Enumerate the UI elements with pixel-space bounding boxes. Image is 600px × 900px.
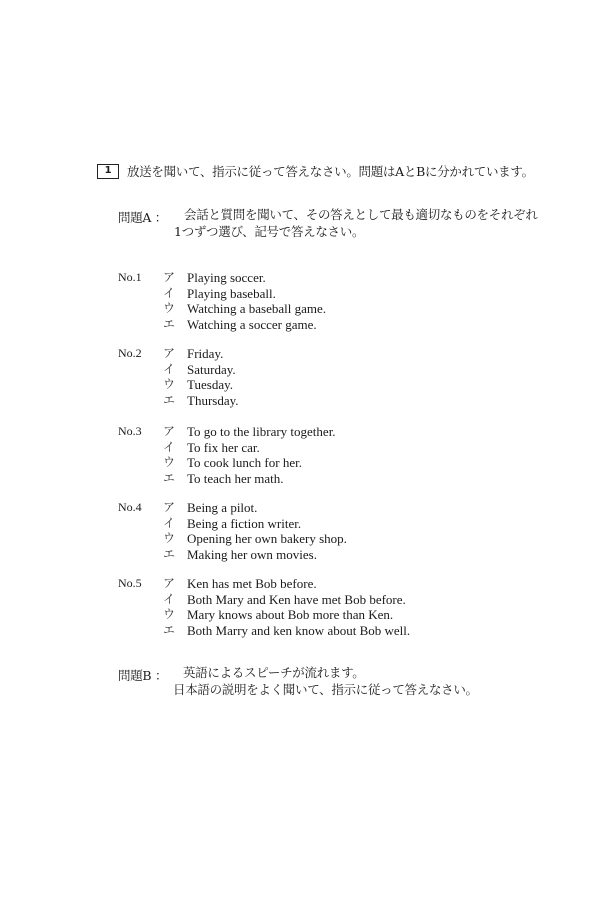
choice-mark: イ [163,516,187,531]
choice-text: Opening her own bakery shop. [187,531,347,546]
choice-mark: エ [163,623,187,638]
choice-text: Both Marry and ken know about Bob well. [187,623,410,638]
question-number: No.1 [118,270,142,285]
choice-text: To fix her car. [187,440,260,455]
part-a-instruction-line1: 会話と質問を聞いて、その答えとして最も適切なものをそれぞれ [184,206,538,223]
choice-text: Watching a soccer game. [187,317,317,332]
choice-e: エ Thursday. [163,393,239,408]
choice-text: To cook lunch for her. [187,455,302,470]
choice-i: イ Being a fiction writer. [163,516,301,531]
choice-mark: エ [163,317,187,332]
choice-u: ウ Opening her own bakery shop. [163,531,347,546]
choice-mark: イ [163,286,187,301]
choice-mark: ウ [163,531,187,546]
question-number: No.4 [118,500,142,515]
choice-e: エ Making her own movies. [163,547,317,562]
choice-mark: ウ [163,607,187,622]
choice-text: Tuesday. [187,377,233,392]
choice-text: Playing baseball. [187,286,276,301]
section-number-box: 1 [97,164,119,179]
choice-a: ア Playing soccer. [163,270,266,285]
choice-text: Saturday. [187,362,236,377]
choice-u: ウ Watching a baseball game. [163,301,326,316]
choice-i: イ Saturday. [163,362,236,377]
choice-mark: エ [163,547,187,562]
choice-text: Playing soccer. [187,270,266,285]
part-a-instruction-line2: 1つずつ選び、記号で答えなさい。 [174,223,364,240]
choice-text: Both Mary and Ken have met Bob before. [187,592,406,607]
choice-a: ア Friday. [163,346,223,361]
choice-e: エ Watching a soccer game. [163,317,317,332]
exam-page: 1 放送を聞いて、指示に従って答えなさい。問題はAとBに分かれています。 問題A… [0,0,600,900]
choice-mark: ア [163,270,187,285]
question-number: No.3 [118,424,142,439]
choice-text: To go to the library together. [187,424,336,439]
choice-u: ウ To cook lunch for her. [163,455,302,470]
question-number: No.2 [118,346,142,361]
choice-mark: イ [163,592,187,607]
choice-text: Ken has met Bob before. [187,576,317,591]
choice-mark: ア [163,500,187,515]
choice-mark: ア [163,576,187,591]
question-number: No.5 [118,576,142,591]
choice-mark: エ [163,471,187,486]
choice-mark: ウ [163,377,187,392]
choice-u: ウ Mary knows about Bob more than Ken. [163,607,393,622]
choice-e: エ Both Marry and ken know about Bob well… [163,623,410,638]
choice-i: イ Playing baseball. [163,286,276,301]
choice-text: Being a fiction writer. [187,516,301,531]
choice-mark: ウ [163,455,187,470]
choice-mark: ア [163,424,187,439]
part-b-instruction-line1: 英語によるスピーチが流れます。 [183,664,365,681]
part-b-instruction-line2: 日本語の説明をよく聞いて、指示に従って答えなさい。 [173,681,478,698]
section-instruction: 放送を聞いて、指示に従って答えなさい。問題はAとBに分かれています。 [127,162,534,180]
part-a-label: 問題A ： [118,208,167,226]
choice-text: Being a pilot. [187,500,257,515]
choice-a: ア Being a pilot. [163,500,257,515]
choice-i: イ Both Mary and Ken have met Bob before. [163,592,406,607]
choice-mark: イ [163,362,187,377]
choice-text: Friday. [187,346,223,361]
part-b-label: 問題B ： [118,666,167,684]
choice-u: ウ Tuesday. [163,377,233,392]
choice-text: Watching a baseball game. [187,301,326,316]
choice-text: Mary knows about Bob more than Ken. [187,607,393,622]
choice-text: Making her own movies. [187,547,317,562]
section-heading: 1 放送を聞いて、指示に従って答えなさい。問題はAとBに分かれています。 [97,162,534,180]
choice-mark: エ [163,393,187,408]
choice-a: ア To go to the library together. [163,424,336,439]
choice-i: イ To fix her car. [163,440,260,455]
choice-mark: ア [163,346,187,361]
choice-mark: イ [163,440,187,455]
choice-text: To teach her math. [187,471,284,486]
choice-e: エ To teach her math. [163,471,284,486]
choice-mark: ウ [163,301,187,316]
choice-text: Thursday. [187,393,239,408]
choice-a: ア Ken has met Bob before. [163,576,317,591]
